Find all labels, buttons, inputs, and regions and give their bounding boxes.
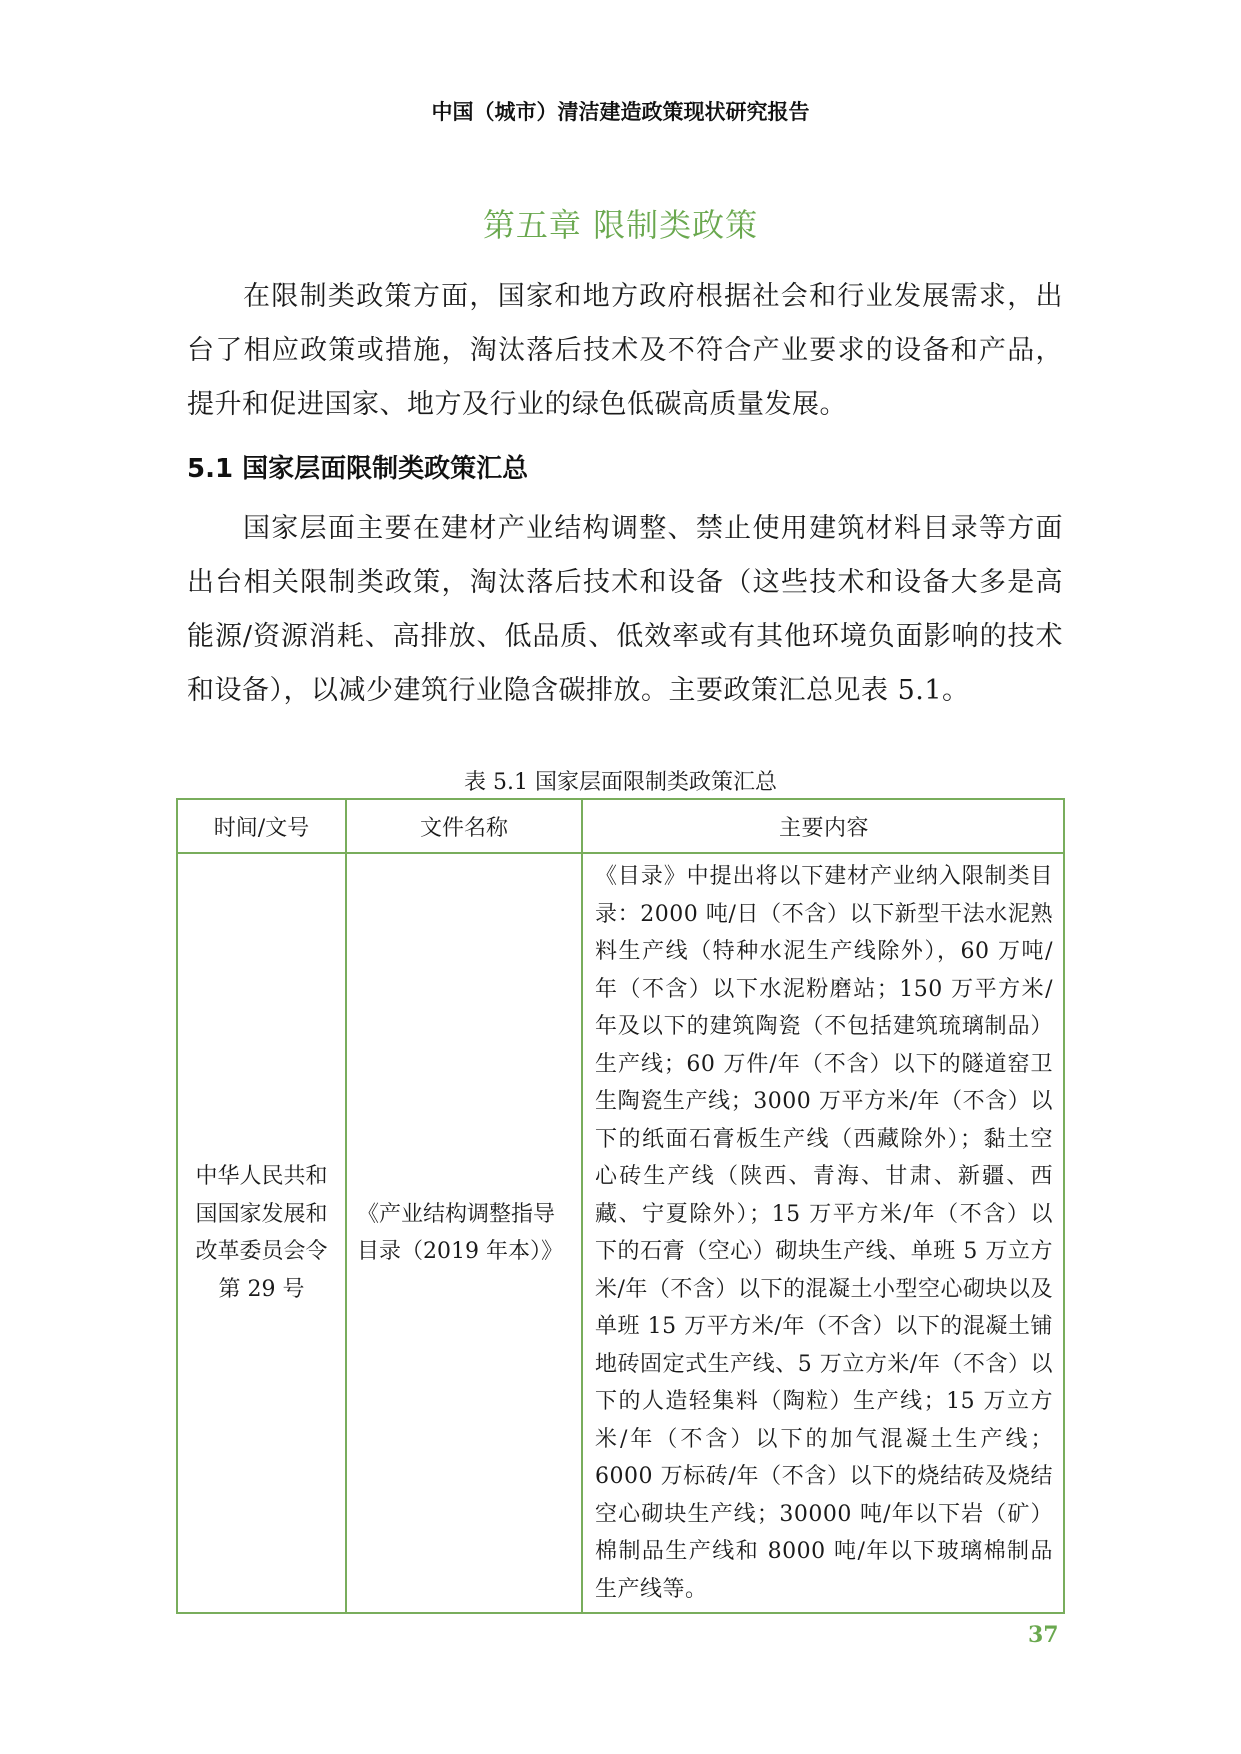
column-header-document: 文件名称	[346, 799, 582, 853]
running-header: 中国（城市）清洁建造政策现状研究报告	[0, 96, 1241, 126]
cell-content: 《目录》中提出将以下建材产业纳入限制类目录：2000 吨/日（不含）以下新型干法…	[582, 853, 1064, 1613]
policy-table: 时间/文号 文件名称 主要内容 中华人民共和国国家发展和改革委员会令第 29 号…	[176, 798, 1065, 1614]
cell-issuer: 中华人民共和国国家发展和改革委员会令第 29 号	[177, 853, 346, 1613]
table-header-row: 时间/文号 文件名称 主要内容	[177, 799, 1064, 853]
section-paragraph: 国家层面主要在建材产业结构调整、禁止使用建筑材料目录等方面出台相关限制类政策，淘…	[187, 502, 1063, 718]
section-heading: 5.1 国家层面限制类政策汇总	[187, 448, 528, 485]
page-number: 37	[1028, 1622, 1059, 1648]
cell-document: 《产业结构调整指导目录（2019 年本）》	[346, 853, 582, 1613]
intro-paragraph: 在限制类政策方面，国家和地方政府根据社会和行业发展需求，出台了相应政策或措施，淘…	[187, 270, 1063, 432]
column-header-issuer: 时间/文号	[177, 799, 346, 853]
chapter-title: 第五章 限制类政策	[0, 200, 1241, 246]
table-row: 中华人民共和国国家发展和改革委员会令第 29 号 《产业结构调整指导目录（201…	[177, 853, 1064, 1613]
column-header-content: 主要内容	[582, 799, 1064, 853]
table-caption: 表 5.1 国家层面限制类政策汇总	[0, 765, 1241, 796]
